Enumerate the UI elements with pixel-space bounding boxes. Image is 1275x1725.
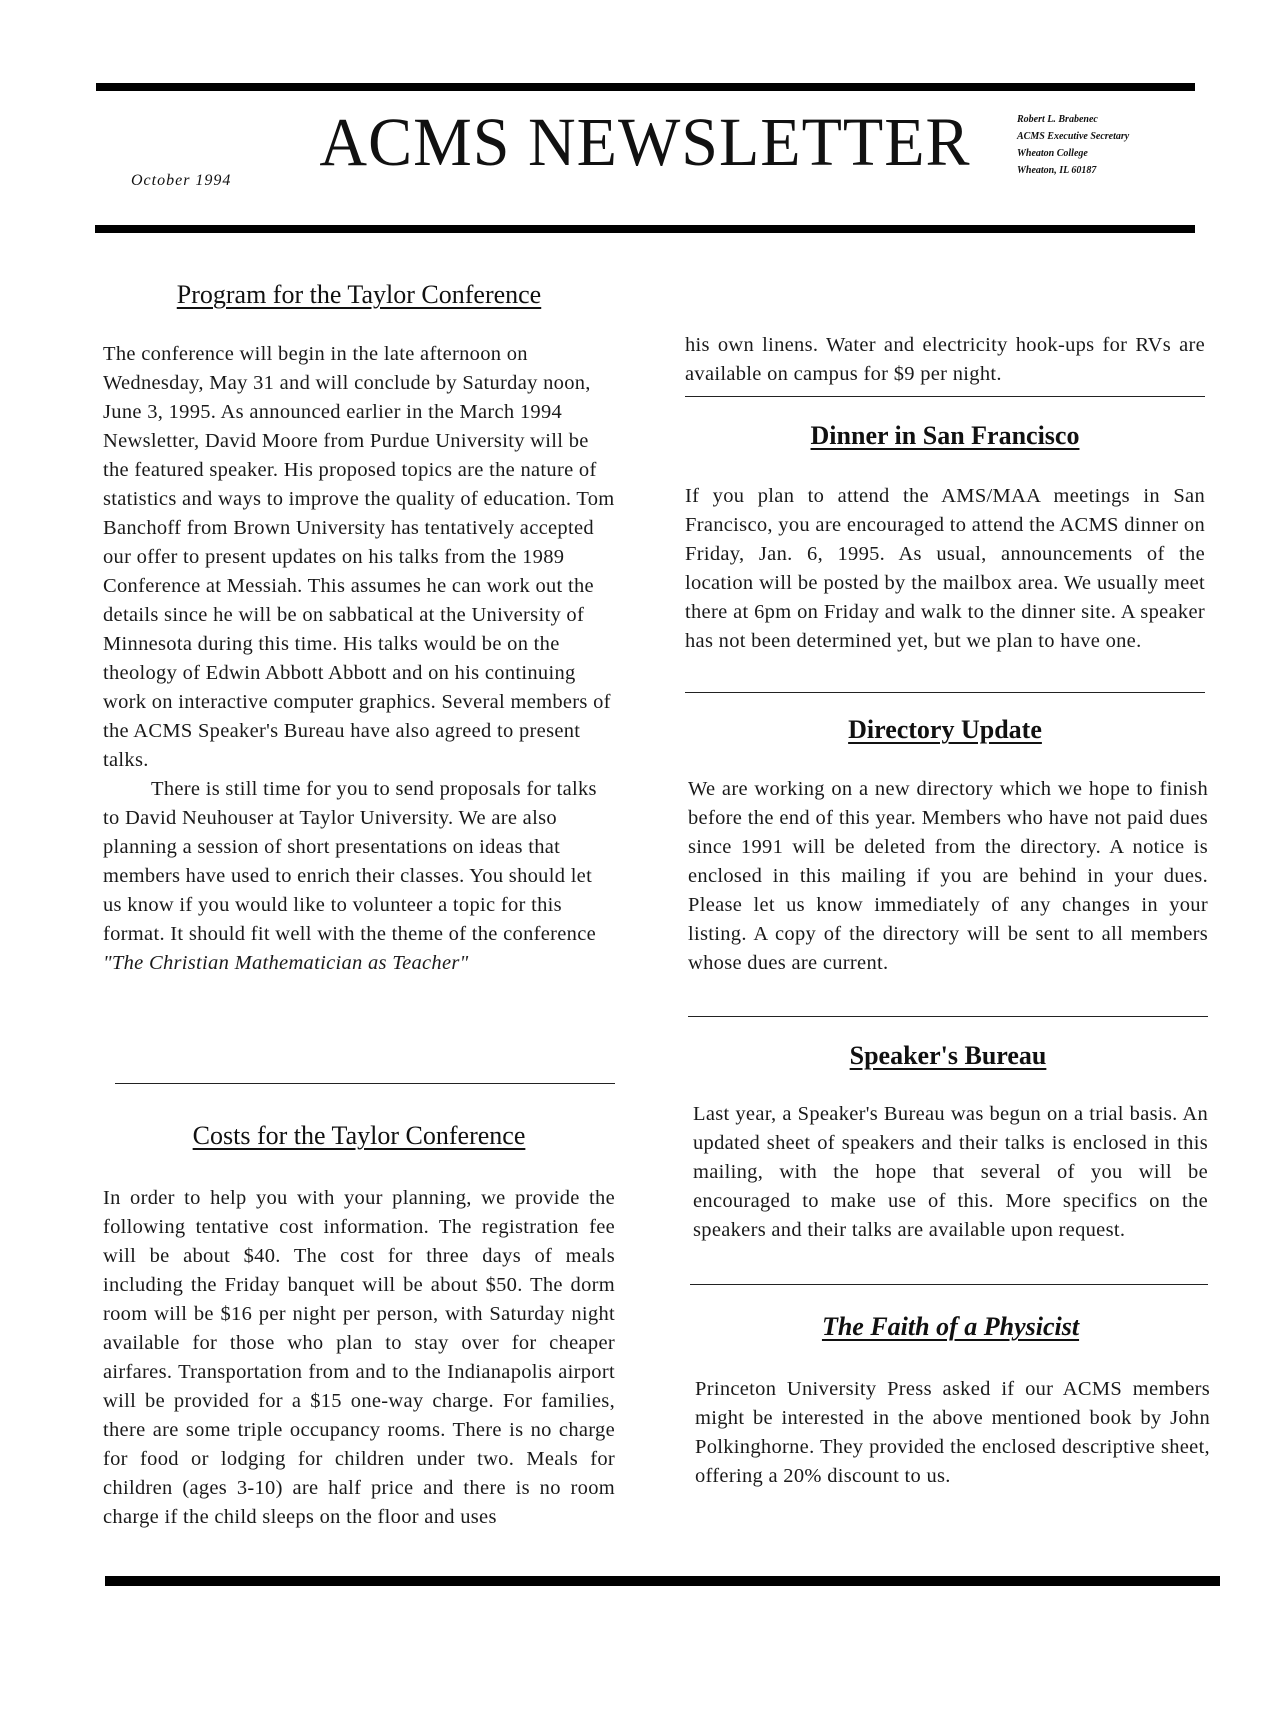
section-divider [685, 692, 1205, 693]
heading-text: The Faith of a Physicist [822, 1312, 1079, 1341]
heading-text: Costs for the Taylor Conference [193, 1121, 526, 1150]
program-paragraph-2-text: There is still time for you to send prop… [103, 778, 597, 945]
masthead-bottom-rule [95, 225, 1195, 233]
dinner-body: If you plan to attend the AMS/MAA meetin… [685, 482, 1205, 656]
address-line: Robert L. Brabenec [1017, 111, 1129, 128]
faith-paragraph: Princeton University Press asked if our … [695, 1375, 1210, 1491]
section-heading-program: Program for the Taylor Conference [103, 280, 615, 310]
address-line: ACMS Executive Secretary [1017, 128, 1129, 145]
issue-date: October 1994 [131, 172, 231, 190]
heading-text: Program for the Taylor Conference [177, 280, 541, 309]
section-heading-dinner: Dinner in San Francisco [685, 421, 1205, 451]
heading-text: Dinner in San Francisco [811, 421, 1080, 450]
speakers-body: Last year, a Speaker's Bureau was begun … [693, 1100, 1208, 1245]
section-heading-faith: The Faith of a Physicist [693, 1312, 1208, 1342]
costs-body: In order to help you with your planning,… [103, 1184, 615, 1532]
program-body: The conference will begin in the late af… [103, 340, 615, 978]
section-heading-speakers: Speaker's Bureau [688, 1041, 1208, 1071]
program-paragraph-2: There is still time for you to send prop… [103, 775, 615, 978]
speakers-paragraph: Last year, a Speaker's Bureau was begun … [693, 1100, 1208, 1245]
costs-continued-paragraph: his own linens. Water and electricity ho… [685, 331, 1205, 389]
section-divider [688, 1016, 1208, 1017]
faith-body: Princeton University Press asked if our … [695, 1375, 1210, 1491]
program-paragraph-1: The conference will begin in the late af… [103, 340, 615, 775]
section-divider [685, 396, 1205, 397]
heading-text: Speaker's Bureau [850, 1041, 1047, 1070]
section-divider [115, 1083, 615, 1084]
section-heading-costs: Costs for the Taylor Conference [103, 1121, 615, 1151]
dinner-paragraph: If you plan to attend the AMS/MAA meetin… [685, 482, 1205, 656]
newsletter-title: ACMS NEWSLETTER [300, 106, 990, 180]
editor-address: Robert L. Brabenec ACMS Executive Secret… [1017, 111, 1129, 179]
address-line: Wheaton, IL 60187 [1017, 162, 1129, 179]
section-heading-directory: Directory Update [685, 715, 1205, 745]
costs-paragraph: In order to help you with your planning,… [103, 1184, 615, 1532]
costs-continued-body: his own linens. Water and electricity ho… [685, 331, 1205, 389]
heading-text: Directory Update [848, 715, 1042, 744]
footer-rule [105, 1576, 1220, 1586]
directory-paragraph: We are working on a new directory which … [688, 775, 1208, 978]
directory-body: We are working on a new directory which … [688, 775, 1208, 978]
conference-theme: "The Christian Mathematician as Teacher" [103, 952, 469, 974]
section-divider [690, 1284, 1208, 1285]
masthead-top-rule [96, 83, 1195, 91]
address-line: Wheaton College [1017, 145, 1129, 162]
